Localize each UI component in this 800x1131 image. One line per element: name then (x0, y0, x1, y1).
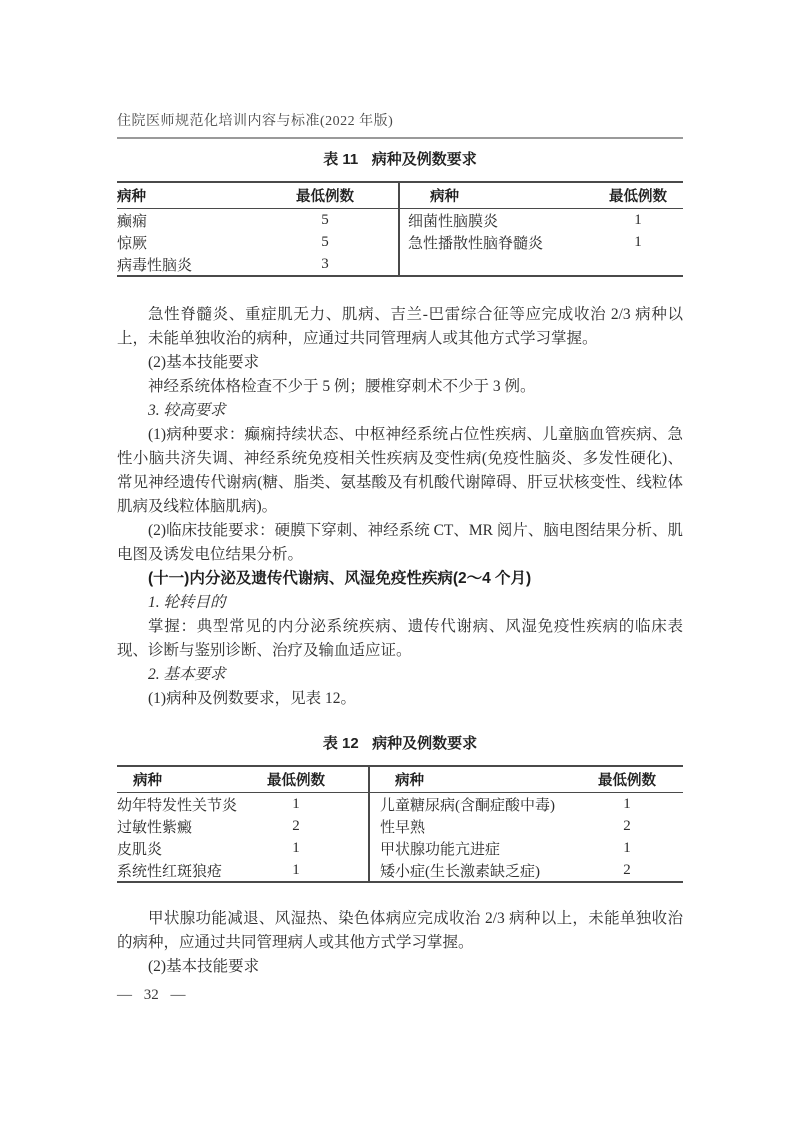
disease-cell: 细菌性脑膜炎 (400, 210, 593, 231)
column-header-disease: 病种 (117, 769, 251, 790)
disease-cell: 病毒性脑炎 (117, 254, 280, 275)
disease-cell: 幼年特发性关节炎 (117, 794, 251, 815)
table11-caption-label: 表 11 (323, 151, 358, 168)
paragraph: (2)基本技能要求 (117, 351, 683, 375)
table12-right-half: 病种 最低例数 儿童糖尿病(含酮症酸中毒) 1 性早熟 2 甲状腺功能亢进症 1… (370, 767, 683, 881)
min-cases-cell: 2 (251, 818, 341, 835)
paragraph: (1)病种及例数要求，见表 12。 (117, 687, 683, 711)
disease-cell: 过敏性紫癜 (117, 816, 251, 837)
table-row: 性早熟 2 (370, 815, 683, 837)
min-cases-cell: 1 (582, 796, 672, 813)
min-cases-cell: 1 (251, 796, 341, 813)
min-cases-cell: 1 (582, 840, 672, 857)
min-cases-cell: 1 (251, 862, 341, 879)
table12-right-header-row: 病种 最低例数 (370, 767, 683, 793)
column-header-min-cases: 最低例数 (582, 769, 672, 790)
paragraph: 掌握：典型常见的内分泌系统疾病、遗传代谢病、风湿免疫性疾病的临床表现、诊断与鉴别… (117, 615, 683, 663)
min-cases-cell: 3 (280, 256, 370, 273)
paragraph: 甲状腺功能减退、风湿热、染色体病应完成收治 2/3 病种以上，未能单独收治的病种… (117, 907, 683, 955)
table12-caption-title: 病种及例数要求 (372, 735, 477, 752)
disease-cell: 急性播散性脑脊髓炎 (400, 232, 593, 253)
subsection-label: 1. 轮转目的 (117, 591, 683, 615)
table-row: 癫痫 5 (117, 209, 398, 231)
column-header-disease: 病种 (400, 185, 593, 206)
min-cases-cell: 5 (280, 212, 370, 229)
subsection-label: 2. 基本要求 (117, 663, 683, 687)
table-row: 矮小症(生长激素缺乏症) 2 (370, 859, 683, 881)
table12-left-header-row: 病种 最低例数 (117, 767, 368, 793)
column-header-disease: 病种 (370, 769, 582, 790)
table12-left-half: 病种 最低例数 幼年特发性关节炎 1 过敏性紫癜 2 皮肌炎 1 系统性红斑狼疮 (117, 767, 370, 881)
paragraph: (2)基本技能要求 (117, 955, 683, 979)
running-header-title: 住院医师规范化培训内容与标准(2022 年版) (117, 112, 683, 132)
table12-caption-label: 表 12 (323, 735, 359, 752)
section-heading: (十一)内分泌及遗传代谢病、风湿免疫性疾病(2～4 个月) (117, 567, 683, 591)
min-cases-cell: 1 (593, 234, 683, 251)
column-header-min-cases: 最低例数 (593, 185, 683, 206)
table-row: 系统性红斑狼疮 1 (117, 859, 368, 881)
column-header-disease: 病种 (117, 185, 280, 206)
table11-right-half: 病种 最低例数 细菌性脑膜炎 1 急性播散性脑脊髓炎 1 (400, 183, 683, 275)
table11-caption: 表 11病种及例数要求 (117, 149, 683, 171)
table-row: 病毒性脑炎 3 (117, 253, 398, 275)
document-page: 住院医师规范化培训内容与标准(2022 年版) 表 11病种及例数要求 病种 最… (0, 0, 800, 1131)
table11: 病种 最低例数 癫痫 5 惊厥 5 病毒性脑炎 3 病种 (117, 181, 683, 277)
disease-cell: 甲状腺功能亢进症 (370, 838, 582, 859)
body-text-block: 急性脊髓炎、重症肌无力、肌病、吉兰-巴雷综合征等应完成收治 2/3 病种以上，未… (117, 303, 683, 711)
min-cases-cell: 1 (593, 212, 683, 229)
disease-cell: 癫痫 (117, 210, 280, 231)
table-row: 甲状腺功能亢进症 1 (370, 837, 683, 859)
min-cases-cell: 5 (280, 234, 370, 251)
disease-cell: 皮肌炎 (117, 838, 251, 859)
disease-cell: 性早熟 (370, 816, 582, 837)
subsection-label: 3. 较高要求 (117, 399, 683, 423)
disease-cell: 系统性红斑狼疮 (117, 860, 251, 881)
min-cases-cell: 2 (582, 862, 672, 879)
paragraph: 急性脊髓炎、重症肌无力、肌病、吉兰-巴雷综合征等应完成收治 2/3 病种以上，未… (117, 303, 683, 351)
table11-caption-title: 病种及例数要求 (372, 151, 477, 168)
table-row: 过敏性紫癜 2 (117, 815, 368, 837)
table12: 病种 最低例数 幼年特发性关节炎 1 过敏性紫癜 2 皮肌炎 1 系统性红斑狼疮 (117, 765, 683, 883)
table11-right-header-row: 病种 最低例数 (400, 183, 683, 209)
column-header-min-cases: 最低例数 (280, 185, 370, 206)
table11-left-header-row: 病种 最低例数 (117, 183, 398, 209)
page-number: — 32 — (117, 984, 683, 1006)
paragraph: (1)病种要求：癫痫持续状态、中枢神经系统占位性疾病、儿童脑血管疾病、急性小脑共… (117, 423, 683, 519)
body-text-block: 甲状腺功能减退、风湿热、染色体病应完成收治 2/3 病种以上，未能单独收治的病种… (117, 907, 683, 979)
disease-cell: 惊厥 (117, 232, 280, 253)
min-cases-cell: 2 (582, 818, 672, 835)
paragraph: (2)临床技能要求：硬膜下穿刺、神经系统 CT、MR 阅片、脑电图结果分析、肌电… (117, 519, 683, 567)
header-rule (117, 137, 683, 139)
table-row: 急性播散性脑脊髓炎 1 (400, 231, 683, 253)
table-row: 儿童糖尿病(含酮症酸中毒) 1 (370, 793, 683, 815)
min-cases-cell: 1 (251, 840, 341, 857)
paragraph: 神经系统体格检查不少于 5 例；腰椎穿刺术不少于 3 例。 (117, 375, 683, 399)
table-row: 幼年特发性关节炎 1 (117, 793, 368, 815)
column-header-min-cases: 最低例数 (251, 769, 341, 790)
table11-left-half: 病种 最低例数 癫痫 5 惊厥 5 病毒性脑炎 3 (117, 183, 400, 275)
table-row: 惊厥 5 (117, 231, 398, 253)
running-header: 住院医师规范化培训内容与标准(2022 年版) (117, 0, 683, 139)
table-row: 皮肌炎 1 (117, 837, 368, 859)
table12-caption: 表 12病种及例数要求 (117, 733, 683, 755)
disease-cell: 儿童糖尿病(含酮症酸中毒) (370, 794, 582, 815)
disease-cell: 矮小症(生长激素缺乏症) (370, 860, 582, 881)
table-row: 细菌性脑膜炎 1 (400, 209, 683, 231)
page-content: 住院医师规范化培训内容与标准(2022 年版) 表 11病种及例数要求 病种 最… (117, 0, 683, 1006)
